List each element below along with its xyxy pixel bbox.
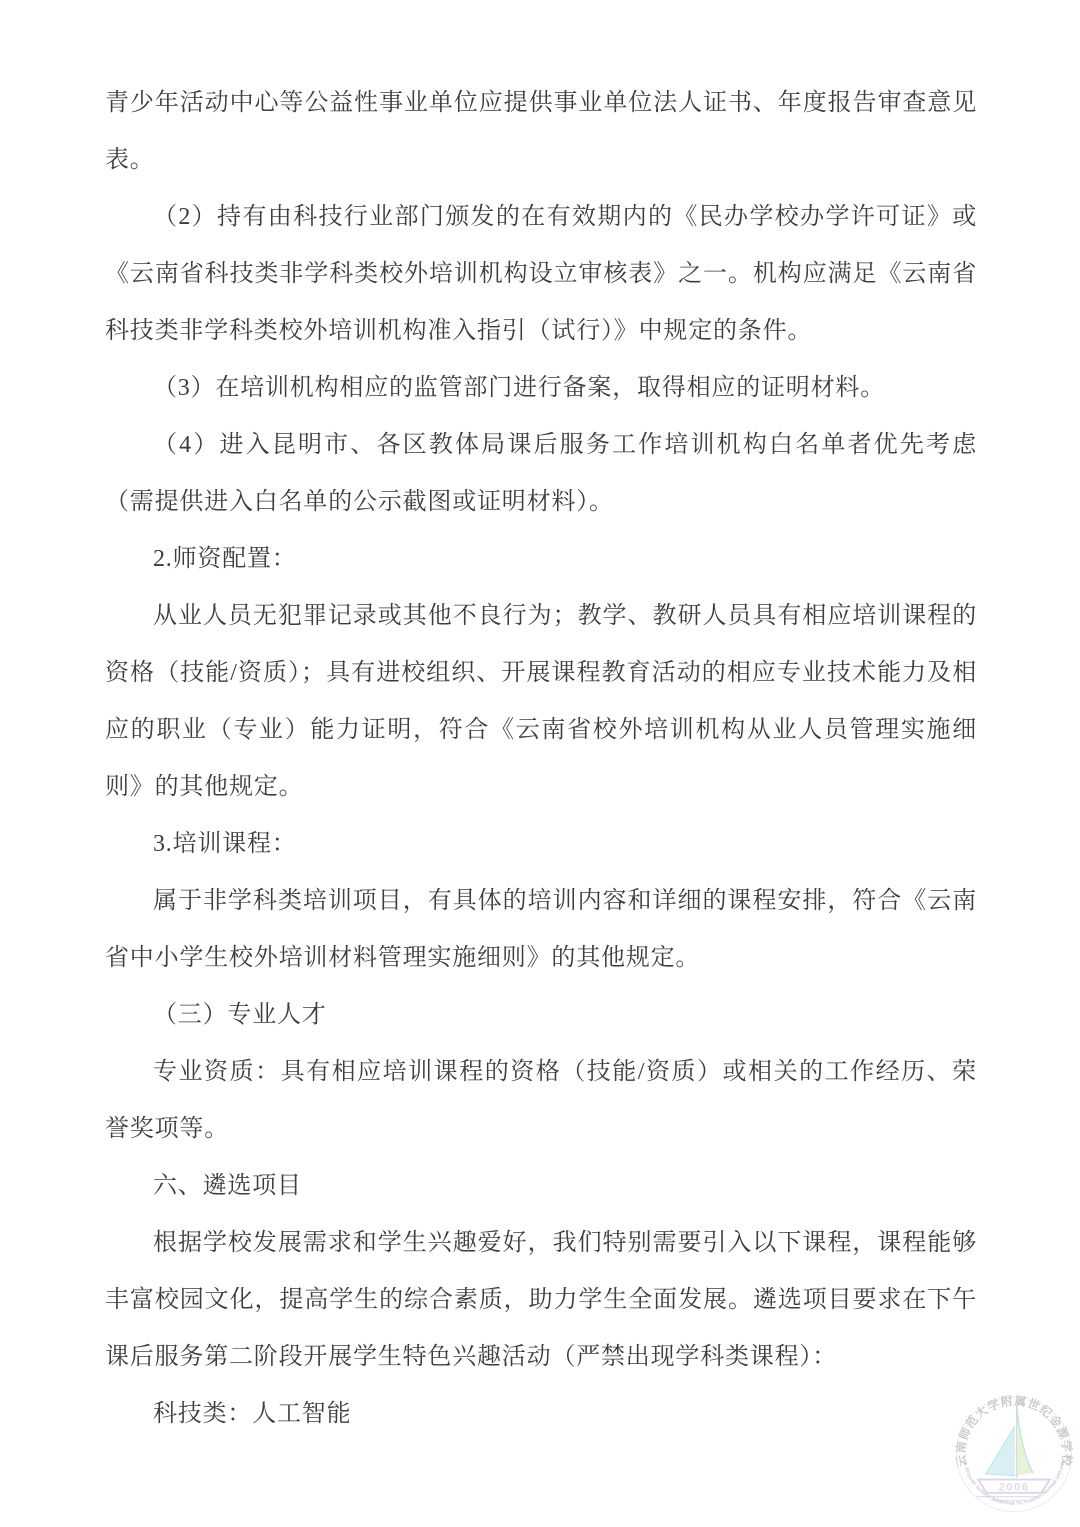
- paragraph: 从业人员无犯罪记录或其他不良行为；教学、教研人员具有相应培训课程的资格（技能/资…: [105, 588, 977, 816]
- paragraph: 科技类：人工智能: [105, 1386, 977, 1443]
- paragraph: （3）在培训机构相应的监管部门进行备案，取得相应的证明材料。: [105, 360, 977, 417]
- paragraph: 专业资质：具有相应培训课程的资格（技能/资质）或相关的工作经历、荣誉奖项等。: [105, 1044, 977, 1158]
- seal-year: 2006: [999, 1481, 1030, 1493]
- paragraph: 青少年活动中心等公益性事业单位应提供事业单位法人证书、年度报告审查意见表。: [105, 75, 977, 189]
- paragraph: 属于非学科类培训项目，有具体的培训内容和详细的课程安排，符合《云南省中小学生校外…: [105, 873, 977, 987]
- paragraph: （2）持有由科技行业部门颁发的在有效期内的《民办学校办学许可证》或《云南省科技类…: [105, 189, 977, 360]
- paragraph: 根据学校发展需求和学生兴趣爱好，我们特别需要引入以下课程，课程能够丰富校园文化，…: [105, 1215, 977, 1386]
- paragraph-heading: 3.培训课程：: [105, 816, 977, 873]
- paragraph: （4）进入昆明市、各区教体局课后服务工作培训机构白名单者优先考虑（需提供进入白名…: [105, 417, 977, 531]
- paragraph-heading: 2.师资配置：: [105, 531, 977, 588]
- boat-hull: [978, 1480, 1050, 1493]
- sailboat-icon: 2006: [976, 1405, 1050, 1500]
- paragraph-heading: 六、遴选项目: [105, 1158, 977, 1215]
- document-page: 青少年活动中心等公益性事业单位应提供事业单位法人证书、年度报告审查意见表。 （2…: [0, 0, 1080, 1527]
- paragraph-heading: （三）专业人才: [105, 987, 977, 1044]
- document-body: 青少年活动中心等公益性事业单位应提供事业单位法人证书、年度报告审查意见表。 （2…: [105, 75, 977, 1443]
